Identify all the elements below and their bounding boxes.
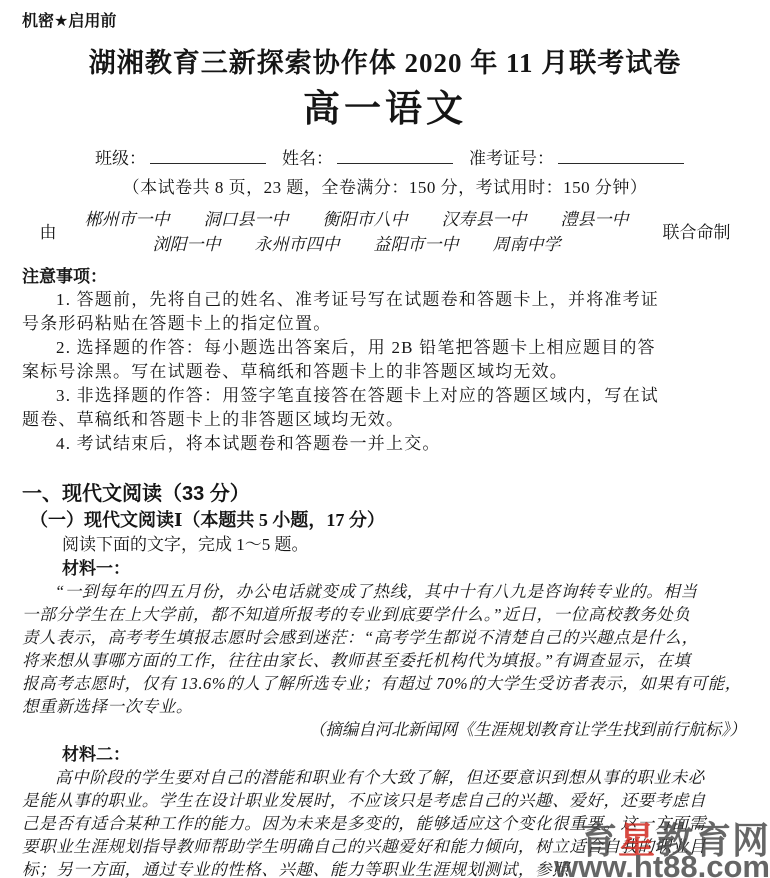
admission-number-blank-field	[558, 148, 684, 164]
composers-block: 由 郴州市一中 洞口县一中 衡阳市八中 汉寿县一中 澧县一中 浏阳一中 永州市四…	[0, 207, 770, 257]
material-two-label: 材料二：	[62, 743, 770, 766]
exam-paper-page: 机密★启用前 湖湘教育三新探索协作体 2020 年 11 月联考试卷 高一语文 …	[0, 0, 770, 878]
notice-item-1: 1. 答题前，先将自己的姓名、准考证号写在试题卷和答题卡上，并将准考证 号条形码…	[22, 288, 750, 336]
security-classification-label: 机密★启用前	[22, 8, 770, 31]
school-list-row-1: 郴州市一中 洞口县一中 衡阳市八中 汉寿县一中 澧县一中	[85, 210, 629, 229]
name-blank-field	[337, 148, 453, 164]
notice-item-2: 2. 选择题的作答：每小题选出答案后，用 2B 铅笔把答题卡上相应题目的答 案标…	[22, 336, 750, 384]
paper-info-line: （本试卷共 8 页，23 题，全卷满分：150 分，考试用时：150 分钟）	[0, 177, 770, 199]
section-one-subheading: （一）现代文阅读Ⅰ（本题共 5 小题，17 分）	[30, 509, 770, 532]
material-one-text: “一到每年的四五月份，办公电话就变成了热线，其中十有八九是咨询转专业的。相当 一…	[22, 580, 750, 718]
class-blank-field	[150, 148, 266, 164]
class-label: 班级：	[95, 149, 146, 168]
material-two-text: 高中阶段的学生要对自己的潜能和职业有个大致了解，但还要意识到想从事的职业未必 是…	[22, 766, 750, 878]
notice-item-3: 3. 非选择题的作答：用签字笔直接答在答题卡上对应的答题区域内，写在试 题卷、草…	[22, 384, 750, 432]
notice-item-4: 4. 考试结束后，将本试题卷和答题卷一并上交。	[22, 432, 750, 456]
student-info-row: 班级：姓名：准考证号：	[95, 147, 748, 171]
exam-title: 湖湘教育三新探索协作体 2020 年 11 月联考试卷	[0, 45, 770, 81]
school-list: 郴州市一中 洞口县一中 衡阳市八中 汉寿县一中 澧县一中 浏阳一中 永州市四中 …	[85, 207, 629, 257]
reading-instruction: 阅读下面的文字，完成 1～5 题。	[62, 534, 770, 556]
name-label: 姓名：	[282, 149, 333, 168]
composed-by-prefix: 由	[40, 220, 57, 245]
section-one-heading: 一、现代文阅读（33 分）	[22, 482, 770, 507]
material-one-label: 材料一：	[62, 557, 770, 580]
notice-heading: 注意事项：	[22, 265, 770, 288]
school-list-row-2: 浏阳一中 永州市四中 益阳市一中 周南中学	[153, 235, 561, 254]
subject-title: 高一语文	[0, 85, 770, 133]
composed-by-suffix: 联合命制	[663, 220, 731, 245]
admission-number-label: 准考证号：	[469, 149, 554, 168]
notice-list: 1. 答题前，先将自己的姓名、准考证号写在试题卷和答题卡上，并将准考证 号条形码…	[22, 288, 750, 456]
material-one-source: （摘编自河北新闻网《生涯规划教育让学生找到前行航标》）	[22, 718, 746, 742]
